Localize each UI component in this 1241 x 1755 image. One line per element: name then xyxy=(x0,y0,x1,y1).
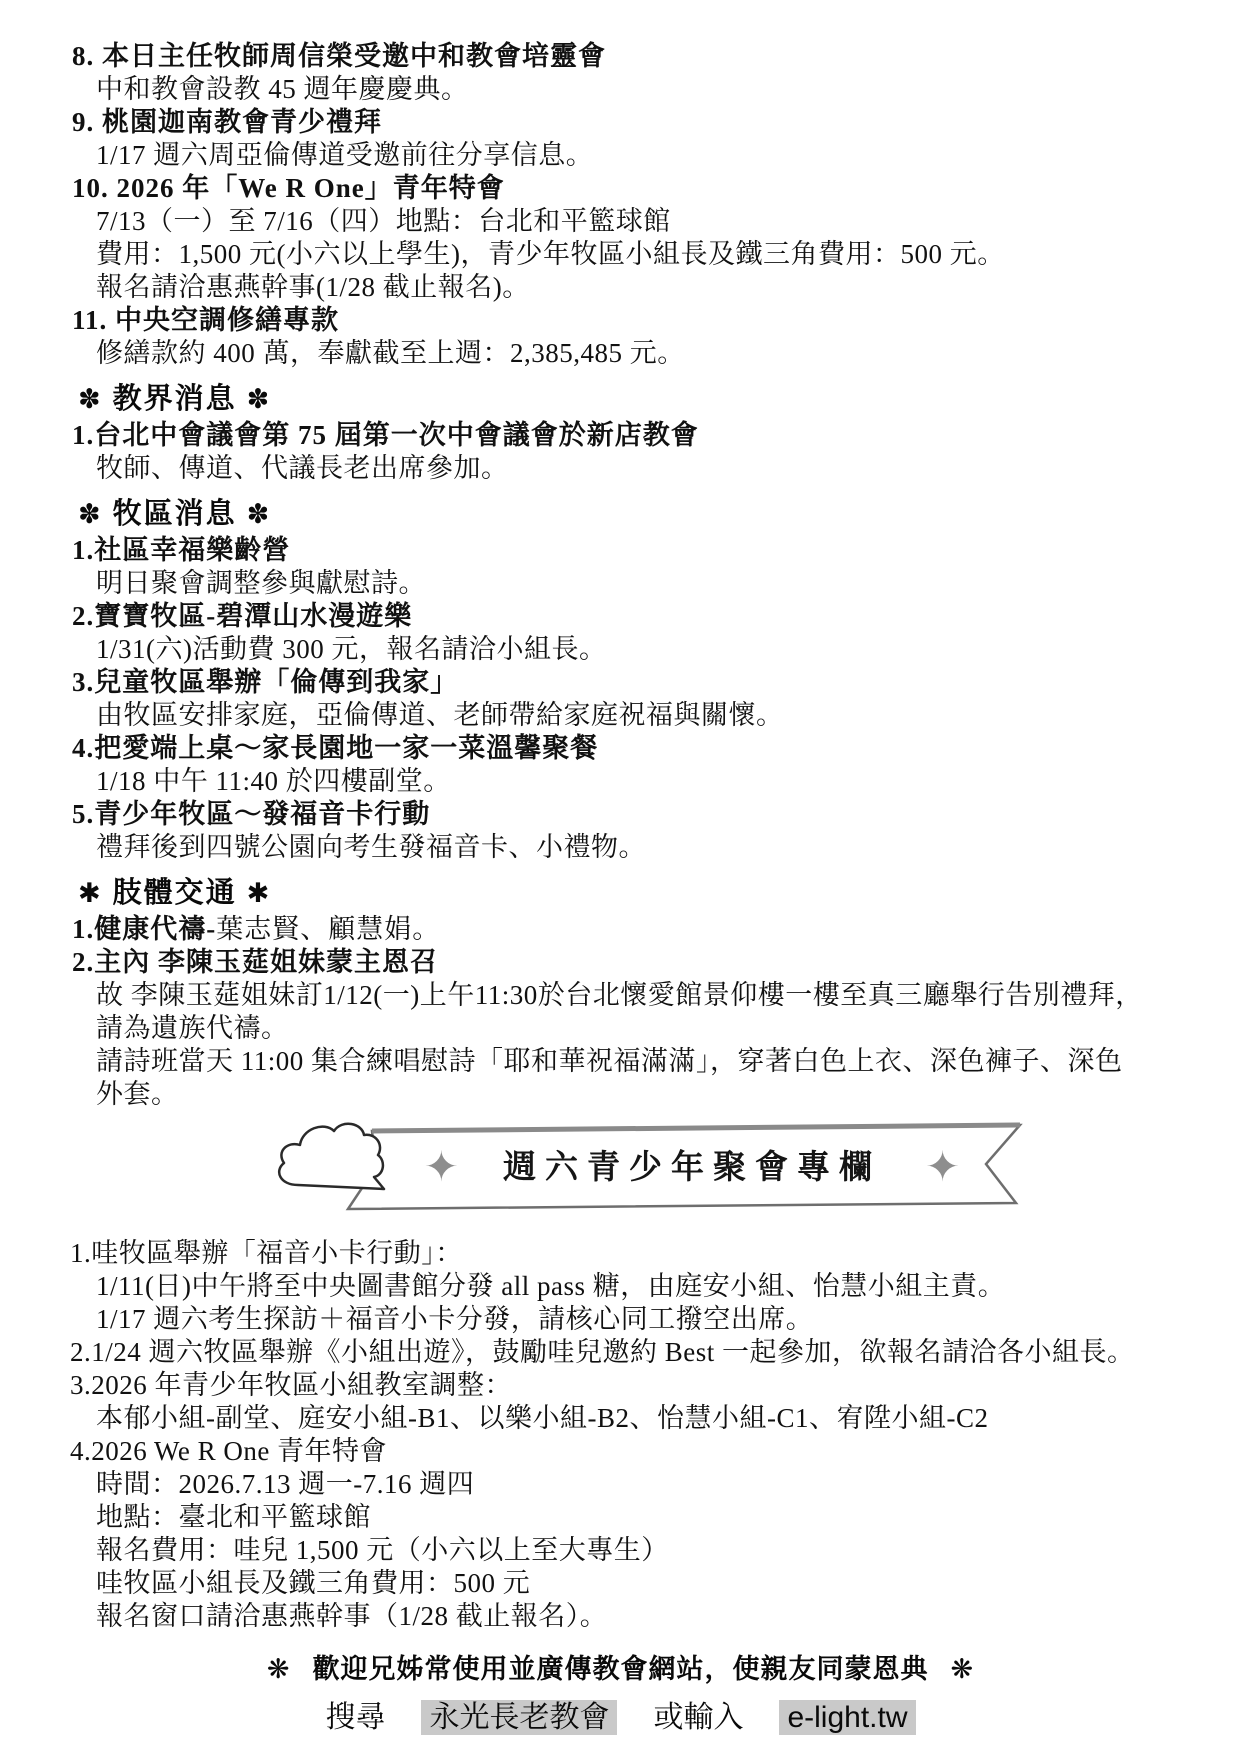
item-title: 10. 2026 年「We R One」青年特會 xyxy=(0,172,1241,205)
announcement-item: 8. 本日主任牧師周信榮受邀中和教會培靈會 中和教會設教 45 週年慶慶典。 xyxy=(0,40,1241,106)
item-body-line: 哇牧區小組長及鐵三角費用：500 元 xyxy=(0,1567,1241,1600)
item-body-line: 請為遺族代禱。 xyxy=(0,1012,1241,1045)
youth-item: 3.2026 年青少年牧區小組教室調整： 本郁小組-副堂、庭安小組-B1、以樂小… xyxy=(0,1369,1241,1435)
banner-text-row: ✦ 週六青少年聚會專欄 ✦ xyxy=(364,1125,1020,1211)
item-title: 5.青少年牧區～發福音卡行動 xyxy=(0,798,1241,831)
fellowship-item: 1.健康代禱-葉志賢、顧慧娟。 xyxy=(0,913,1241,946)
footer-note: ❋歡迎兄姊常使用並廣傳教會網站，使親友同蒙恩典❋ xyxy=(0,1653,1241,1686)
item-body-line: 禮拜後到四號公園向考生發福音卡、小禮物。 xyxy=(0,831,1241,864)
item-title: 2.主內 李陳玉莚姐妹蒙主恩召 xyxy=(0,946,1241,979)
district-news-item: 2.寶寶牧區-碧潭山水漫遊樂 1/31(六)活動費 300 元，報名請洽小組長。 xyxy=(0,600,1241,666)
item-title: 2.寶寶牧區-碧潭山水漫遊樂 xyxy=(0,600,1241,633)
or-enter-label: 或輸入 xyxy=(653,1701,743,1734)
item-body-line: 牧師、傳道、代議長老出席參加。 xyxy=(0,452,1241,485)
item-title: 3.2026 年青少年牧區小組教室調整： xyxy=(0,1369,1241,1402)
section-header-fellowship: ✱肢體交通✱ xyxy=(0,877,1241,910)
section-title: 教界消息 xyxy=(113,383,237,415)
item-body-line: 本郁小組-副堂、庭安小組-B1、以樂小組-B2、怡慧小組-C1、宥陞小組-C2 xyxy=(0,1402,1241,1435)
item-body-line: 修繕款約 400 萬，奉獻截至上週：2,385,485 元。 xyxy=(0,337,1241,370)
fellowship-item: 2.主內 李陳玉莚姐妹蒙主恩召 故 李陳玉莚姐妹訂1/12(一)上午11:30於… xyxy=(0,946,1241,1111)
district-news-item: 1.社區幸福樂齡營 明日聚會調整參與獻慰詩。 xyxy=(0,534,1241,600)
heavy-asterisk-icon: ✱ xyxy=(247,878,272,908)
banner-title: 週六青少年聚會專欄 xyxy=(503,1152,881,1185)
flower-asterisk-icon: ✽ xyxy=(78,384,103,414)
site-url-highlight: e-light.tw xyxy=(779,1700,915,1735)
flower-asterisk-icon: ✽ xyxy=(247,384,272,414)
announcement-item: 11. 中央空調修繕專款 修繕款約 400 萬，奉獻截至上週：2,385,485… xyxy=(0,304,1241,370)
item-body-line: 請詩班當天 11:00 集合練唱慰詩「耶和華祝福滿滿」，穿著白色上衣、深色褲子、… xyxy=(0,1045,1241,1078)
heavy-asterisk-icon: ✱ xyxy=(78,878,103,908)
item-title: 9. 桃園迦南教會青少禮拜 xyxy=(0,106,1241,139)
item-body-line: 報名請洽惠燕幹事(1/28 截止報名)。 xyxy=(0,271,1241,304)
four-point-star-icon: ✦ xyxy=(925,1147,960,1189)
item-title: 4.2026 We R One 青年特會 xyxy=(0,1435,1241,1468)
item-body-line: 報名費用：哇兒 1,500 元（小六以上至大專生） xyxy=(0,1534,1241,1567)
item-body-line: 外套。 xyxy=(0,1078,1241,1111)
item-title: 8. 本日主任牧師周信榮受邀中和教會培靈會 xyxy=(0,40,1241,73)
section-title: 牧區消息 xyxy=(113,498,237,530)
item-title: 1.哇牧區舉辦「福音小卡行動」： xyxy=(0,1237,1241,1270)
district-news-item: 3.兒童牧區舉辦「倫傳到我家」 由牧區安排家庭，亞倫傳道、老師帶給家庭祝福與關懷… xyxy=(0,666,1241,732)
item-body-line: 1/18 中午 11:40 於四樓副堂。 xyxy=(0,765,1241,798)
district-news-item: 4.把愛端上桌～家長園地一家一菜溫馨聚餐 1/18 中午 11:40 於四樓副堂… xyxy=(0,732,1241,798)
youth-item: 1.哇牧區舉辦「福音小卡行動」： 1/11(日)中午將至中央圖書館分發 all … xyxy=(0,1237,1241,1336)
flower-asterisk-icon: ✽ xyxy=(247,499,272,529)
youth-item: 2.1/24 週六牧區舉辦《小組出遊》，鼓勵哇兒邀約 Best 一起參加，欲報名… xyxy=(0,1336,1241,1369)
item-body-line: 地點：臺北和平籃球館 xyxy=(0,1501,1241,1534)
item-body-line: 由牧區安排家庭，亞倫傳道、老師帶給家庭祝福與關懷。 xyxy=(0,699,1241,732)
item-body-line: 1/17 週六周亞倫傳道受邀前往分享信息。 xyxy=(0,139,1241,172)
item-title-rest: 葉志賢、顧慧娟。 xyxy=(216,914,440,944)
section-header-district-news: ✽牧區消息✽ xyxy=(0,498,1241,531)
district-news-item: 5.青少年牧區～發福音卡行動 禮拜後到四號公園向考生發福音卡、小禮物。 xyxy=(0,798,1241,864)
footer-note-text: 歡迎兄姊常使用並廣傳教會網站，使親友同蒙恩典 xyxy=(313,1654,929,1684)
bulletin-content: 8. 本日主任牧師周信榮受邀中和教會培靈會 中和教會設教 45 週年慶慶典。 9… xyxy=(0,0,1241,1735)
item-title: 1.社區幸福樂齡營 xyxy=(0,534,1241,567)
announcement-item: 9. 桃園迦南教會青少禮拜 1/17 週六周亞倫傳道受邀前往分享信息。 xyxy=(0,106,1241,172)
item-title: 11. 中央空調修繕專款 xyxy=(0,304,1241,337)
section-header-church-news: ✽教界消息✽ xyxy=(0,383,1241,416)
youth-item: 4.2026 We R One 青年特會 時間：2026.7.13 週一-7.1… xyxy=(0,1435,1241,1633)
announcement-item: 10. 2026 年「We R One」青年特會 7/13（一）至 7/16（四… xyxy=(0,172,1241,304)
church-news-item: 1.台北中會議會第 75 屆第一次中會議會於新店教會 牧師、傳道、代議長老出席參… xyxy=(0,419,1241,485)
item-body-line: 1/31(六)活動費 300 元，報名請洽小組長。 xyxy=(0,633,1241,666)
search-label: 搜尋 xyxy=(325,1701,385,1734)
item-body-line: 故 李陳玉莚姐妹訂1/12(一)上午11:30於台北懷愛館景仰樓一樓至真三廳舉行… xyxy=(0,979,1241,1012)
bulletin-page: 8. 本日主任牧師周信榮受邀中和教會培靈會 中和教會設教 45 週年慶慶典。 9… xyxy=(0,0,1241,1755)
section-title: 肢體交通 xyxy=(113,877,237,909)
item-body-line: 費用：1,500 元(小六以上學生)，青少年牧區小組長及鐵三角費用：500 元。 xyxy=(0,238,1241,271)
item-body-line: 1/11(日)中午將至中央圖書館分發 all pass 糖，由庭安小組、怡慧小組… xyxy=(0,1270,1241,1303)
item-body-line: 報名窗口請洽惠燕幹事（1/28 截止報名）。 xyxy=(0,1600,1241,1633)
item-body-line: 7/13（一）至 7/16（四）地點：台北和平籃球館 xyxy=(0,205,1241,238)
item-title: 1.台北中會議會第 75 屆第一次中會議會於新店教會 xyxy=(0,419,1241,452)
item-title: 2.1/24 週六牧區舉辦《小組出遊》，鼓勵哇兒邀約 Best 一起參加，欲報名… xyxy=(0,1336,1241,1369)
item-body-line: 明日聚會調整參與獻慰詩。 xyxy=(0,567,1241,600)
search-term-highlight: 永光長老教會 xyxy=(421,1700,617,1735)
flower-asterisk-icon: ✽ xyxy=(78,499,103,529)
item-title: 4.把愛端上桌～家長園地一家一菜溫馨聚餐 xyxy=(0,732,1241,765)
item-body-line: 1/17 週六考生探訪＋福音小卡分發，請核心同工撥空出席。 xyxy=(0,1303,1241,1336)
item-title: 3.兒童牧區舉辦「倫傳到我家」 xyxy=(0,666,1241,699)
item-title: 1.健康代禱-葉志賢、顧慧娟。 xyxy=(0,913,1241,946)
flower-asterisk-icon: ❋ xyxy=(951,1654,975,1684)
flower-asterisk-icon: ❋ xyxy=(267,1654,291,1684)
four-point-star-icon: ✦ xyxy=(424,1147,459,1189)
item-title-bold: 1.健康代禱- xyxy=(72,914,216,944)
youth-column-banner: ✦ 週六青少年聚會專欄 ✦ xyxy=(272,1119,1042,1221)
item-body-line: 中和教會設教 45 週年慶慶典。 xyxy=(0,73,1241,106)
footer-search-row: 搜尋 永光長老教會 或輸入 e-light.tw xyxy=(0,1700,1241,1735)
item-body-line: 時間：2026.7.13 週一-7.16 週四 xyxy=(0,1468,1241,1501)
